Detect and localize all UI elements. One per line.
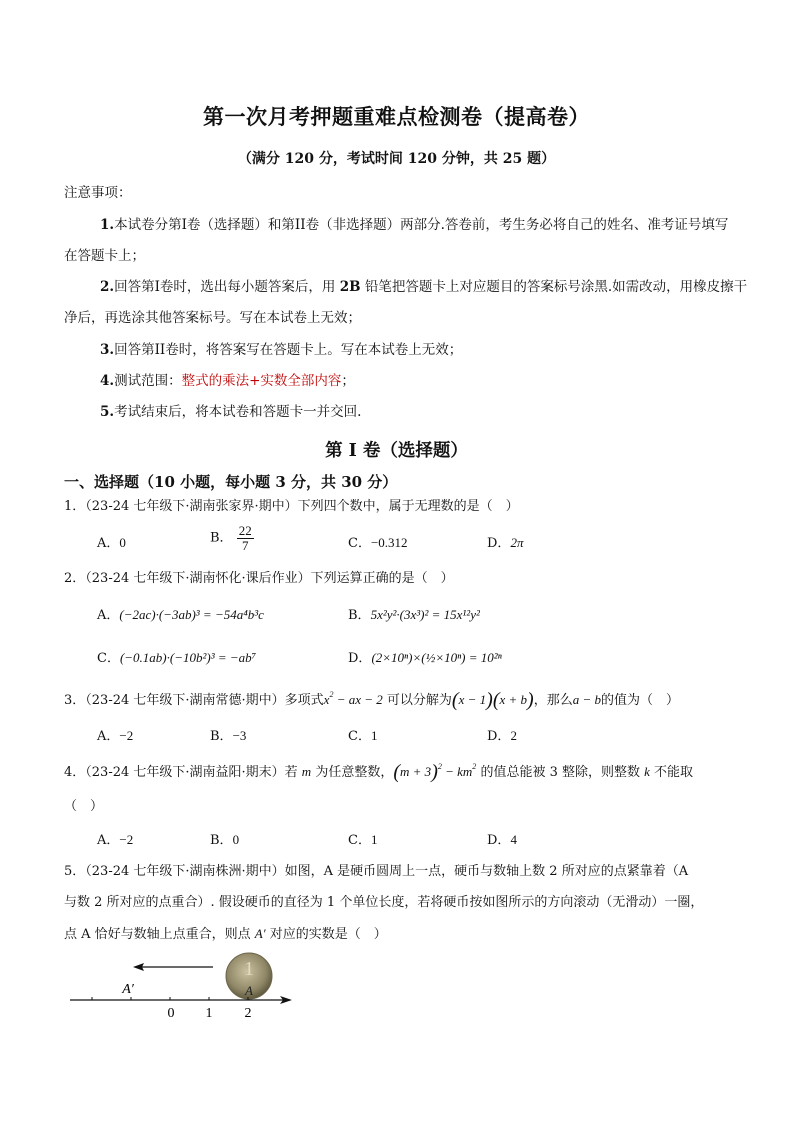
part-title: 一、选择题（10 小题，每小题 3 分，共 30 分）	[64, 471, 397, 492]
notice-3: 3.回答第II卷时，将答案写在答题卡上。写在本试卷上无效；	[100, 340, 462, 360]
stem-text: 4．（23-24 七年级下·湖南益阳·期末）若	[64, 765, 298, 780]
fraction-denominator: 7	[237, 539, 254, 553]
option-label: D．	[487, 729, 510, 744]
q2-option-a: A．(−2ac)·(−3ab)³ = −54a⁴b³c	[97, 605, 264, 626]
option-label: D．	[348, 651, 371, 666]
q2-option-d: D．(2×10ⁿ)×(½×10ⁿ) = 10²ⁿ	[348, 648, 502, 669]
var-m: m	[302, 764, 311, 779]
q1-option-b: B． 227	[210, 524, 254, 553]
option-label: B．	[348, 608, 371, 623]
option-value: −2	[119, 728, 133, 743]
notice-2-num: 2.	[100, 279, 114, 295]
question-1-stem: 1．（23-24 七年级下·湖南张家界·期中）下列四个数中，属于无理数的是（ ）	[64, 497, 519, 517]
stem-text: 不能取	[654, 765, 693, 780]
section-title: 第 I 卷（选择题）	[0, 437, 793, 462]
q1-option-d: D．2π	[487, 533, 523, 554]
option-label: B．	[210, 729, 233, 744]
notice-1-text: 本试卷分第I卷（选择题）和第II卷（非选择题）两部分.答卷前，考生务必将自己的姓…	[114, 217, 728, 233]
fraction-numerator: 22	[237, 524, 254, 539]
question-4-stem-cont: （ ）	[64, 797, 103, 817]
q3-option-c: C．1	[348, 726, 377, 747]
q1-option-c: C．−0.312	[348, 533, 408, 554]
notice-4: 4.测试范围：整式的乘法+实数全部内容；	[100, 371, 355, 391]
number-line-figure: 1 A′ A 0 1 2	[60, 945, 320, 1025]
formula: (−2ac)·(−3ab)³ = −54a⁴b³c	[119, 607, 264, 622]
question-5-stem-line1: 5．（23-24 七年级下·湖南株洲·期中）如图，A 是硬币圆周上一点，硬币与数…	[64, 862, 688, 882]
q4-option-d: D．4	[487, 830, 517, 851]
number-line-svg: 1 A′ A 0 1 2	[60, 945, 320, 1025]
option-value: 1	[371, 832, 378, 847]
notice-2-cont: 净后，再选涂其他答案标号。写在本试卷上无效；	[64, 308, 361, 328]
formula: 5x²y²·(3x³)² = 15x¹²y²	[371, 607, 480, 622]
option-label: D．	[487, 833, 510, 848]
option-label: A．	[97, 536, 119, 551]
option-value: −3	[233, 728, 247, 743]
notice-2-text-b: 铅笔把答题卡上对应题目的答案标号涂黑.如需改动，用橡皮擦干	[361, 279, 748, 295]
notice-2: 2.回答第I卷时，选出每小题答案后，用 2B 铅笔把答题卡上对应题目的答案标号涂…	[100, 277, 747, 297]
notice-3-text: 回答第II卷时，将答案写在答题卡上。写在本试卷上无效；	[114, 342, 462, 358]
formula: (2×10ⁿ)×(½×10ⁿ) = 10²ⁿ	[371, 650, 501, 665]
svg-text:0: 0	[168, 1006, 175, 1021]
notice-4-end: ；	[341, 373, 355, 389]
svg-text:A′: A′	[121, 982, 135, 997]
notice-4-label: 测试范围：	[114, 373, 182, 389]
page-subtitle: （满分 120 分，考试时间 120 分钟，共 25 题）	[0, 148, 793, 168]
stem-text: 为任意整数，	[315, 765, 393, 780]
notice-2-text-a: 回答第I卷时，选出每小题答案后，用	[114, 279, 340, 295]
q4-option-c: C．1	[348, 830, 377, 851]
stem-text: ，那么	[534, 693, 573, 708]
question-2-stem: 2．（23-24 七年级下·湖南怀化·课后作业）下列运算正确的是（ ）	[64, 569, 454, 589]
option-label: A．	[97, 729, 119, 744]
option-value: −2	[119, 832, 133, 847]
q3-option-a: A．−2	[97, 726, 133, 747]
option-value: 1	[371, 728, 378, 743]
q2-option-b: B．5x²y²·(3x³)² = 15x¹²y²	[348, 605, 480, 626]
q4-option-b: B．0	[210, 830, 239, 851]
option-label: B．	[210, 833, 233, 848]
q3-option-b: B．−3	[210, 726, 246, 747]
stem-text: 的值为（ ）	[601, 693, 679, 708]
question-4-stem: 4．（23-24 七年级下·湖南益阳·期末）若 m 为任意整数，(m + 3)2…	[64, 762, 693, 783]
formula: (−0.1ab)·(−10b²)³ = −ab⁷	[120, 650, 256, 665]
svg-text:A: A	[244, 983, 253, 998]
svg-text:1: 1	[206, 1006, 213, 1021]
stem-text: 3．（23-24 七年级下·湖南常德·期中）多项式	[64, 693, 324, 708]
option-value: −0.312	[371, 535, 408, 550]
svg-text:2: 2	[245, 1006, 252, 1021]
q4-option-a: A．−2	[97, 830, 133, 851]
notice-5: 5.考试结束后，将本试卷和答题卡一并交回.	[100, 402, 361, 422]
option-label: A．	[97, 833, 119, 848]
svg-text:1: 1	[244, 958, 254, 980]
stem-text: 的值总能被 3 整除，则整数	[480, 765, 640, 780]
notice-4-num: 4.	[100, 373, 114, 389]
notice-1: 1.本试卷分第I卷（选择题）和第II卷（非选择题）两部分.答卷前，考生务必将自己…	[100, 215, 728, 235]
question-5-stem-line2: 与数 2 所对应的点重合）. 假设硬币的直径为 1 个单位长度，若将硬币按如图所…	[64, 893, 703, 913]
option-label: A．	[97, 608, 119, 623]
option-label: C．	[348, 729, 371, 744]
test-scope-highlight: 整式的乘法+实数全部内容	[182, 373, 342, 389]
page-title: 第一次月考押题重难点检测卷（提高卷）	[0, 101, 793, 131]
option-value: 2	[510, 728, 517, 743]
option-value: 0	[119, 535, 126, 550]
var-a-prime: A′	[255, 926, 266, 941]
option-label: C．	[348, 833, 371, 848]
notice-1-cont: 在答题卡上；	[64, 246, 145, 266]
q2-option-c: C．(−0.1ab)·(−10b²)³ = −ab⁷	[97, 648, 256, 669]
question-3-stem: 3．（23-24 七年级下·湖南常德·期中）多项式x2 − ax − 2 可以分…	[64, 690, 679, 711]
option-value: 0	[233, 832, 240, 847]
notice-2-bold: 2B	[340, 279, 361, 295]
stem-text: 点 A 恰好与数轴上点重合，则点	[64, 927, 251, 942]
notice-1-num: 1.	[100, 217, 114, 233]
q3-option-d: D．2	[487, 726, 517, 747]
q1-option-a: A．0	[97, 533, 126, 554]
option-label: B．	[210, 531, 233, 546]
formula-a-minus-b: a − b	[573, 692, 601, 707]
formula-factors: (x − 1)(x + b)	[452, 692, 534, 707]
var-k: k	[644, 764, 650, 779]
stem-text: 可以分解为	[387, 693, 452, 708]
option-label: C．	[348, 536, 371, 551]
formula: (m + 3)2 − km2	[393, 764, 476, 779]
option-value: 4	[510, 832, 517, 847]
notice-5-num: 5.	[100, 404, 114, 420]
notice-5-text: 考试结束后，将本试卷和答题卡一并交回.	[114, 404, 361, 420]
option-label: D．	[487, 536, 510, 551]
notice-3-num: 3.	[100, 342, 114, 358]
fraction: 227	[237, 524, 254, 553]
question-5-stem-line3: 点 A 恰好与数轴上点重合，则点 A′ 对应的实数是（ ）	[64, 924, 387, 945]
option-label: C．	[97, 651, 120, 666]
stem-text: 对应的实数是（ ）	[270, 927, 387, 942]
option-value: 2π	[510, 535, 523, 550]
formula-poly: x2 − ax − 2	[324, 692, 383, 707]
notice-heading: 注意事项：	[64, 183, 132, 203]
